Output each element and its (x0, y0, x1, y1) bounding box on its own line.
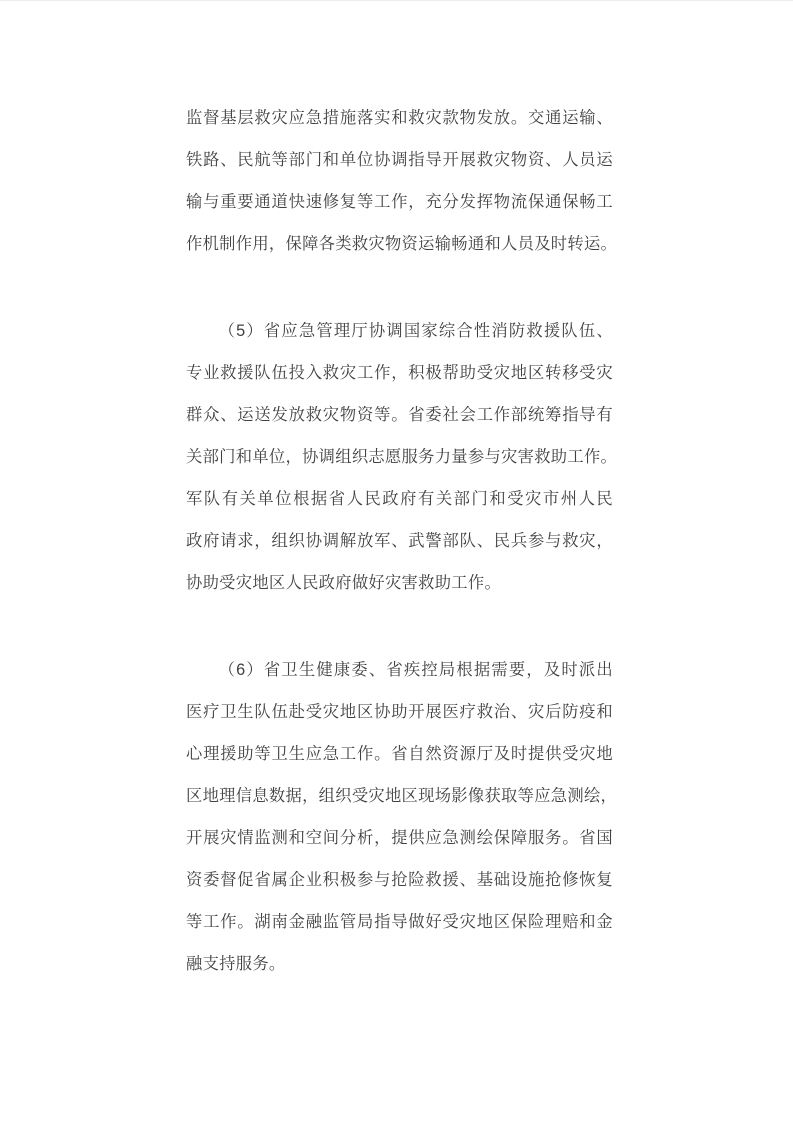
text-line: 群众、运送发放救灾物资等。省委社会工作部统筹指导有 (186, 394, 613, 436)
text-line: 政府请求，组织协调解放军、武警部队、民兵参与救灾， (186, 520, 613, 562)
text-line: （5）省应急管理厅协调国家综合性消防救援队伍、 (186, 310, 613, 352)
text-line: 开展灾情监测和空间分析，提供应急测绘保障服务。省国 (186, 817, 613, 859)
text-line: （6）省卫生健康委、省疾控局根据需要，及时派出 (186, 649, 613, 691)
text-line: 融支持服务。 (186, 943, 613, 985)
text-line: 关部门和单位，协调组织志愿服务力量参与灾害救助工作。 (186, 436, 613, 478)
paragraph-continuation: 监督基层救灾应急措施落实和救灾款物发放。交通运输、 铁路、民航等部门和单位协调指… (186, 97, 613, 265)
paragraph-item-6: （6）省卫生健康委、省疾控局根据需要，及时派出 医疗卫生队伍赴受灾地区协助开展医… (186, 649, 613, 985)
text-line: 协助受灾地区人民政府做好灾害救助工作。 (186, 562, 613, 604)
paragraph-item-5: （5）省应急管理厅协调国家综合性消防救援队伍、 专业救援队伍投入救灾工作，积极帮… (186, 310, 613, 604)
text-line: 监督基层救灾应急措施落实和救灾款物发放。交通运输、 (186, 97, 613, 139)
text-line: 等工作。湖南金融监管局指导做好受灾地区保险理赔和金 (186, 901, 613, 943)
text-line: 资委督促省属企业积极参与抢险救援、基础设施抢修恢复 (186, 859, 613, 901)
text-line: 作机制作用，保障各类救灾物资运输畅通和人员及时转运。 (186, 223, 613, 265)
text-line: 区地理信息数据，组织受灾地区现场影像获取等应急测绘， (186, 775, 613, 817)
text-line: 输与重要通道快速修复等工作，充分发挥物流保通保畅工 (186, 181, 613, 223)
document-text-column: 监督基层救灾应急措施落实和救灾款物发放。交通运输、 铁路、民航等部门和单位协调指… (186, 97, 613, 985)
text-line: 铁路、民航等部门和单位协调指导开展救灾物资、人员运 (186, 139, 613, 181)
document-page: 监督基层救灾应急措施落实和救灾款物发放。交通运输、 铁路、民航等部门和单位协调指… (0, 0, 793, 1122)
text-line: 军队有关单位根据省人民政府有关部门和受灾市州人民 (186, 478, 613, 520)
text-line: 专业救援队伍投入救灾工作，积极帮助受灾地区转移受灾 (186, 352, 613, 394)
text-line: 心理援助等卫生应急工作。省自然资源厅及时提供受灾地 (186, 733, 613, 775)
text-line: 医疗卫生队伍赴受灾地区协助开展医疗救治、灾后防疫和 (186, 691, 613, 733)
